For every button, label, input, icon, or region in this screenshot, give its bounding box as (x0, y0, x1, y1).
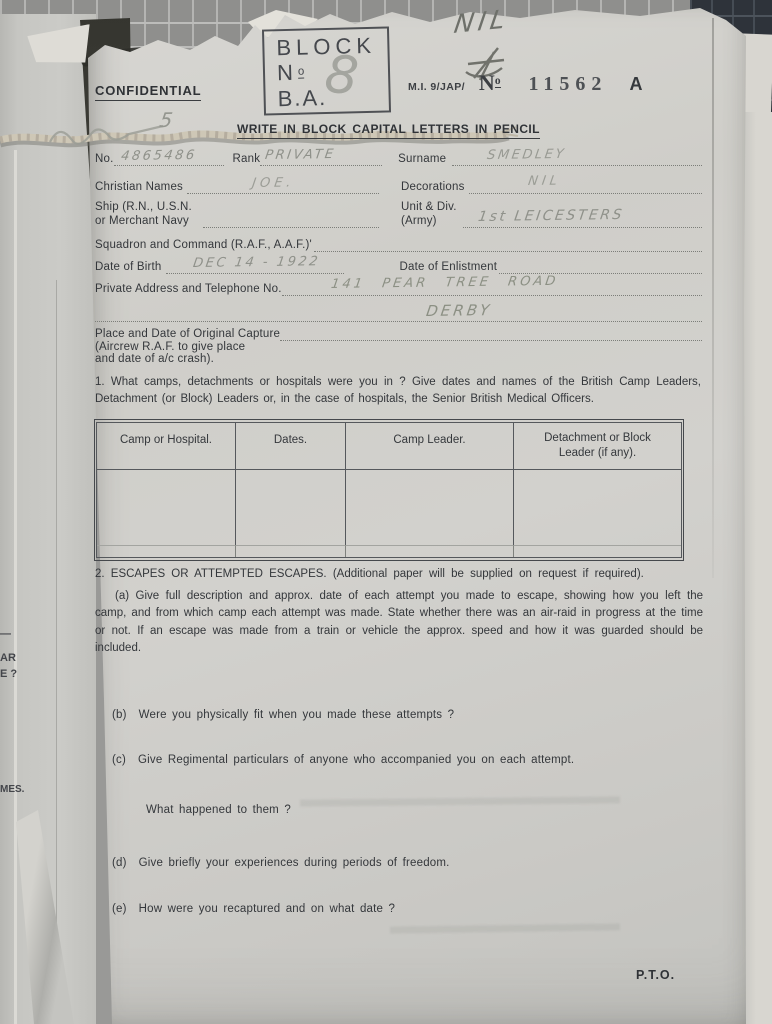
ship-label: Ship (R.N., U.S.N.or Merchant Navy (95, 200, 203, 229)
left-sheet-edge-line (56, 280, 57, 1024)
surname-label: Surname (398, 152, 446, 166)
row-address: Private Address and Telephone No. 141 PE… (95, 280, 702, 296)
table-header-dates: Dates. (235, 423, 345, 470)
row-dob-enlistment: Date of Birth DEC 14 - 1922 Date of Enli… (95, 258, 702, 274)
squadron-label: Squadron and Command (R.A.F., A.A.F.)' (95, 238, 312, 252)
capture-note-2: and date of a/c crash). (95, 352, 214, 366)
section-2e: (e) How were you recaptured and on what … (112, 902, 395, 916)
ref-series-letter: A (629, 74, 642, 95)
dob-label: Date of Birth (95, 260, 162, 274)
confidential-text: CONFIDENTIAL (95, 83, 201, 101)
enlistment-label: Date of Enlistment (400, 260, 498, 274)
mi-ref-text: M.I. 9/JAP/ (408, 81, 465, 93)
christian-value: JOE. (251, 175, 296, 191)
row-squadron: Squadron and Command (R.A.F., A.A.F.)' (95, 236, 702, 252)
capture-field (280, 325, 702, 341)
left-fragment-ar: AR (0, 652, 16, 664)
dob-field: DEC 14 - 1922 (166, 258, 344, 274)
table-cell-empty (513, 470, 681, 545)
table-cell-empty (235, 545, 345, 557)
no-label: No. (95, 152, 114, 166)
section-2-heading: 2. ESCAPES OR ATTEMPTED ESCAPES. (Additi… (95, 566, 701, 583)
section-2a-text: (a) Give full description and approx. da… (95, 588, 703, 657)
table-header-leader: Camp Leader. (345, 423, 513, 470)
text-e: How were you recaptured and on what date… (139, 902, 395, 916)
table-cell-empty (345, 545, 513, 557)
text-b: Were you physically fit when you made th… (139, 708, 455, 722)
decorations-field: NIL (469, 178, 702, 194)
label-e: (e) (112, 902, 127, 916)
row-ship-unit: Ship (R.N., U.S.N.or Merchant Navy Unit … (95, 200, 702, 229)
text-c2: What happened to them ? (146, 803, 291, 817)
page-crease (712, 18, 714, 578)
capture-label: Place and Date of Original Capture (95, 327, 280, 341)
left-sheet-edge-highlight (14, 150, 17, 1024)
ref-number: 11562 (529, 73, 608, 96)
decorations-value: NIL (527, 174, 562, 189)
confidential-label: CONFIDENTIAL (95, 82, 201, 100)
label-c: (c) (112, 753, 126, 767)
rank-value: PRIVATE (264, 147, 337, 163)
squadron-field (314, 236, 702, 252)
decorations-label: Decorations (401, 180, 465, 194)
address-value-2: DERBY (425, 301, 493, 320)
left-fragment-e: E ? (0, 668, 17, 680)
label-b: (b) (112, 708, 127, 722)
label-d: (d) (112, 856, 127, 870)
no-value: 4865486 (120, 148, 198, 164)
question-1-text: 1. What camps, detachments or hospitals … (95, 374, 701, 409)
row-capture: Place and Date of Original Capture (95, 325, 702, 341)
pto-label: P.T.O. (636, 968, 675, 982)
unit-label: Unit & Div.(Army) (401, 200, 463, 229)
unit-field: 1st LEICESTERS (463, 212, 702, 228)
row-christian-decorations: Christian Names JOE. Decorations NIL (95, 178, 702, 194)
no-field: 4865486 (114, 150, 224, 166)
instruction-line: WRITE IN BLOCK CAPITAL LETTERS IN PENCIL (237, 120, 540, 138)
section-2d: (d) Give briefly your experiences during… (112, 856, 450, 870)
rank-label: Rank (233, 152, 261, 166)
handwritten-nil-top: NIL (452, 5, 511, 40)
scanned-pow-form-photo: { "palette":{"paper":"#d0cfcb","ink":"#3… (0, 0, 772, 1024)
section-2c: (c) Give Regimental particulars of anyon… (112, 753, 574, 767)
surname-field: SMEDLEY (452, 150, 702, 166)
ship-field (203, 212, 379, 228)
address-field-2: DERBY (95, 306, 702, 322)
christian-label: Christian Names (95, 180, 183, 194)
ref-no-label: No (479, 70, 501, 96)
table-header-camp: Camp or Hospital. (97, 423, 235, 470)
text-d: Give briefly your experiences during per… (139, 856, 450, 870)
table-cell-empty (97, 470, 235, 545)
text-c: Give Regimental particulars of anyone wh… (138, 753, 574, 767)
rank-field: PRIVATE (260, 150, 382, 166)
instruction-text: WRITE IN BLOCK CAPITAL LETTERS IN PENCIL (237, 122, 540, 139)
table-cell-empty (513, 545, 681, 557)
address-label: Private Address and Telephone No. (95, 282, 282, 296)
dob-value: DEC 14 - 1922 (192, 254, 321, 271)
address-field: 141 PEAR TREE ROAD (282, 280, 702, 296)
row-no-rank-surname: No. 4865486 Rank PRIVATE Surname SMEDLEY (95, 150, 702, 166)
table-cell-empty (235, 470, 345, 545)
table-header-detachment: Detachment or Block Leader (if any). (513, 423, 681, 470)
address-value-1: 141 PEAR TREE ROAD (330, 274, 559, 292)
left-fragment-dash: — (0, 628, 11, 640)
unit-value: 1st LEICESTERS (477, 207, 625, 225)
enlistment-field (499, 258, 702, 274)
left-fragment-mes: MES. (0, 784, 24, 795)
camps-table: Camp or Hospital. Dates. Camp Leader. De… (94, 419, 684, 561)
table-cell-empty (345, 470, 513, 545)
pencil-scrawl (46, 112, 216, 152)
row-address-2: DERBY (95, 306, 702, 322)
reference-number-line: M.I. 9/JAP/ No 11562 A (408, 70, 642, 96)
table-cell-empty (97, 545, 235, 557)
section-2b: (b) Were you physically fit when you mad… (112, 708, 454, 722)
christian-field: JOE. (187, 178, 379, 194)
surname-value: SMEDLEY (486, 147, 567, 163)
stamp-handwritten-8: 8 (322, 44, 361, 107)
